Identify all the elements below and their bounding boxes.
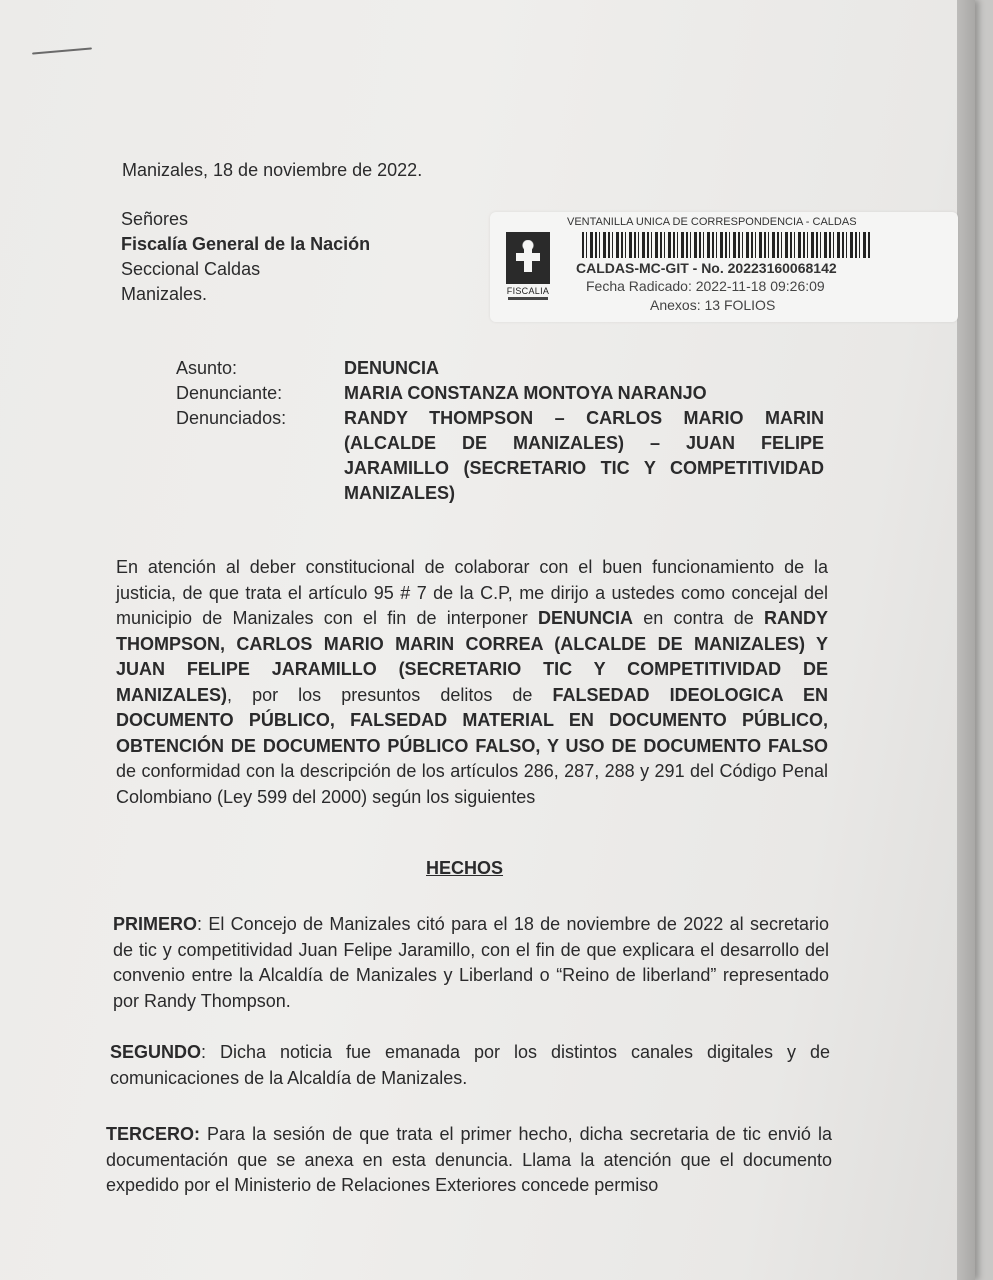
hecho-text: : El Concejo de Manizales citó para el 1… [113, 914, 829, 1011]
addressee-city: Manizales. [121, 282, 370, 307]
denunciados-label: Denunciados: [176, 406, 344, 506]
hecho-text: Para la sesión de que trata el primer he… [106, 1124, 832, 1195]
asunto-value: DENUNCIA [344, 356, 824, 381]
radicado-number: CALDAS-MC-GIT - No. 20223160068142 [576, 260, 837, 276]
addressee-block: Señores Fiscalía General de la Nación Se… [121, 207, 370, 307]
fiscalia-logo: FISCALIA [502, 232, 554, 304]
asunto-row: Asunto: DENUNCIA [176, 356, 824, 381]
fiscalia-emblem-icon [506, 232, 550, 284]
anexos: Anexos: 13 FOLIOS [650, 297, 775, 313]
asunto-label: Asunto: [176, 356, 344, 381]
hecho-segundo: SEGUNDO: Dicha noticia fue emanada por l… [110, 1040, 830, 1091]
hecho-label: TERCERO: [106, 1124, 200, 1144]
intro-paragraph: En atención al deber constitucional de c… [116, 555, 828, 810]
logo-underline [508, 297, 548, 300]
intro-text-4: de conformidad con la descripción de los… [116, 761, 828, 807]
hecho-primero: PRIMERO: El Concejo de Manizales citó pa… [113, 912, 829, 1014]
subject-block: Asunto: DENUNCIA Denunciante: MARIA CONS… [176, 356, 824, 506]
denunciante-label: Denunciante: [176, 381, 344, 406]
hecho-label: PRIMERO [113, 914, 197, 934]
hecho-label: SEGUNDO [110, 1042, 201, 1062]
addressee-section: Seccional Caldas [121, 257, 370, 282]
hecho-text: : Dicha noticia fue emanada por los dist… [110, 1042, 830, 1088]
logo-text: FISCALIA [502, 286, 554, 296]
denunciados-value: RANDY THOMPSON – CARLOS MARIO MARIN (ALC… [344, 406, 824, 506]
date-line: Manizales, 18 de noviembre de 2022. [122, 158, 422, 183]
stamp-header: VENTANILLA UNICA DE CORRESPONDENCIA - CA… [567, 216, 857, 228]
barcode-icon [582, 232, 870, 258]
reception-stamp: FISCALIA VENTANILLA UNICA DE CORRESPONDE… [490, 212, 958, 322]
fecha-radicado: Fecha Radicado: 2022-11-18 09:26:09 [586, 278, 825, 294]
addressee-entity: Fiscalía General de la Nación [121, 232, 370, 257]
denunciados-row: Denunciados: RANDY THOMPSON – CARLOS MAR… [176, 406, 824, 506]
addressee-salutation: Señores [121, 207, 370, 232]
pen-mark [32, 47, 92, 54]
page-edge-shadow [957, 0, 975, 1280]
document-page: Manizales, 18 de noviembre de 2022. Seño… [0, 0, 975, 1280]
hechos-heading: HECHOS [426, 858, 503, 879]
intro-text-2: en contra de [633, 608, 764, 628]
intro-text-3: , por los presuntos delitos de [227, 685, 553, 705]
denunciante-value: MARIA CONSTANZA MONTOYA NARANJO [344, 381, 824, 406]
denunciante-row: Denunciante: MARIA CONSTANZA MONTOYA NAR… [176, 381, 824, 406]
hecho-tercero: TERCERO: Para la sesión de que trata el … [106, 1122, 832, 1199]
intro-bold-denuncia: DENUNCIA [538, 608, 633, 628]
